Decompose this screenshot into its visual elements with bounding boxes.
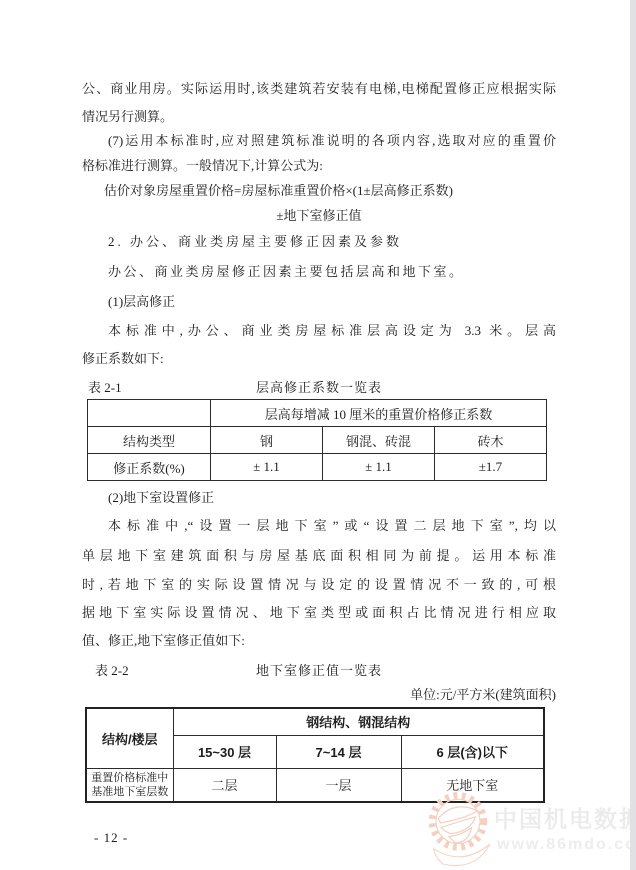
table2-subheader: 15~30 层 bbox=[173, 735, 276, 768]
table1-cell: 结构类型 bbox=[88, 427, 211, 454]
table1-cell: ±1.7 bbox=[435, 454, 547, 481]
table1-empty-corner-cell bbox=[88, 400, 211, 427]
body-line: 时,若地下室的实际设置情况与设定的设置情况不一致的,可根 bbox=[82, 575, 556, 594]
table2-row-header: 重置价格标准中 基准地下室层数 bbox=[86, 768, 173, 802]
body-line: 值、修正,地下室修正值如下: bbox=[82, 631, 556, 650]
table1-cell: ± 1.1 bbox=[323, 454, 435, 481]
body-line: (7)运用本标准时,应对照建筑标准说明的各项内容,选取对应的重置价 bbox=[82, 131, 556, 150]
body-line: 修正系数如下: bbox=[82, 349, 556, 368]
body-line: 本标准中,“设置一层地下室”或“设置二层地下室”,均以 bbox=[82, 516, 556, 535]
watermark-site-name: 中国机电数据网 bbox=[494, 801, 636, 834]
page-scan-edge bbox=[630, 0, 636, 870]
table2-unit-note: 单位:元/平方米(建筑面积) bbox=[82, 684, 556, 703]
subsection-heading: (1)层高修正 bbox=[82, 292, 556, 311]
table2-subheader: 6 层(含)以下 bbox=[401, 735, 544, 768]
formula-line-2: ±地下室修正值 bbox=[82, 206, 556, 225]
body-line: 办公、商业类房屋修正因素主要包括层高和地下室。 bbox=[82, 262, 556, 281]
document-page: 公、商业用房。实际运用时,该类建筑若安装有电梯,电梯配置修正应根据实际 情况另行… bbox=[0, 0, 636, 870]
formula-line-1: 估价对象房屋重置价格=房屋标准重置价格×(1±层高修正系数) bbox=[104, 181, 556, 200]
table1-span-header: 层高每增减 10 厘米的重置价格修正系数 bbox=[211, 400, 547, 427]
subsection-heading: (2)地下室设置修正 bbox=[82, 488, 556, 507]
table2-row-header-line1: 重置价格标准中 bbox=[87, 771, 173, 785]
table1-cell: ± 1.1 bbox=[211, 454, 323, 481]
table1-cell: 钢混、砖混 bbox=[323, 427, 435, 454]
section-heading: 2. 办公、商业类房屋主要修正因素及参数 bbox=[82, 232, 556, 251]
watermark-site-url: www.86mdo.com bbox=[497, 836, 636, 854]
table2-cell: 一层 bbox=[276, 768, 401, 802]
body-line: 公、商业用房。实际运用时,该类建筑若安装有电梯,电梯配置修正应根据实际 bbox=[82, 79, 556, 98]
page-number: - 12 - bbox=[94, 830, 128, 846]
body-line: 单层地下室建筑面积与房屋基底面积相同为前提。运用本标准 bbox=[82, 546, 556, 565]
table2-subheader: 7~14 层 bbox=[276, 735, 401, 768]
table2-caption-label: 表 2-2 bbox=[95, 660, 129, 679]
table1-caption-title: 层高修正系数一览表 bbox=[82, 377, 556, 396]
table1-caption: 表 2-1 层高修正系数一览表 bbox=[82, 377, 556, 395]
body-line: 情况另行测算。 bbox=[82, 107, 556, 126]
table-floor-height-coefficients: 层高每增减 10 厘米的重置价格修正系数 结构类型 钢 钢混、砖混 砖木 修正系… bbox=[87, 399, 547, 481]
table1-caption-label: 表 2-1 bbox=[88, 377, 122, 396]
table1-cell: 钢 bbox=[211, 427, 323, 454]
table2-span-header: 钢结构、钢混结构 bbox=[173, 708, 544, 735]
table2-row-header-line2: 基准地下室层数 bbox=[87, 785, 173, 799]
table1-cell: 砖木 bbox=[435, 427, 547, 454]
gear-watermark-icon bbox=[420, 788, 496, 870]
body-line: 据地下室实际设置情况、地下室类型或面积占比情况进行相应取 bbox=[82, 603, 556, 622]
table2-caption-title: 地下室修正值一览表 bbox=[82, 660, 556, 679]
table2-cell: 二层 bbox=[173, 768, 276, 802]
table2-corner-header: 结构/楼层 bbox=[86, 708, 173, 768]
body-line: 格标准进行测算。一般情况下,计算公式为: bbox=[82, 156, 556, 175]
table2-caption: 表 2-2 地下室修正值一览表 bbox=[82, 660, 556, 678]
body-line: 本标准中,办公、商业类房屋标准层高设定为 3.3 米。层高 bbox=[82, 321, 556, 340]
table1-cell: 修正系数(%) bbox=[88, 454, 211, 481]
